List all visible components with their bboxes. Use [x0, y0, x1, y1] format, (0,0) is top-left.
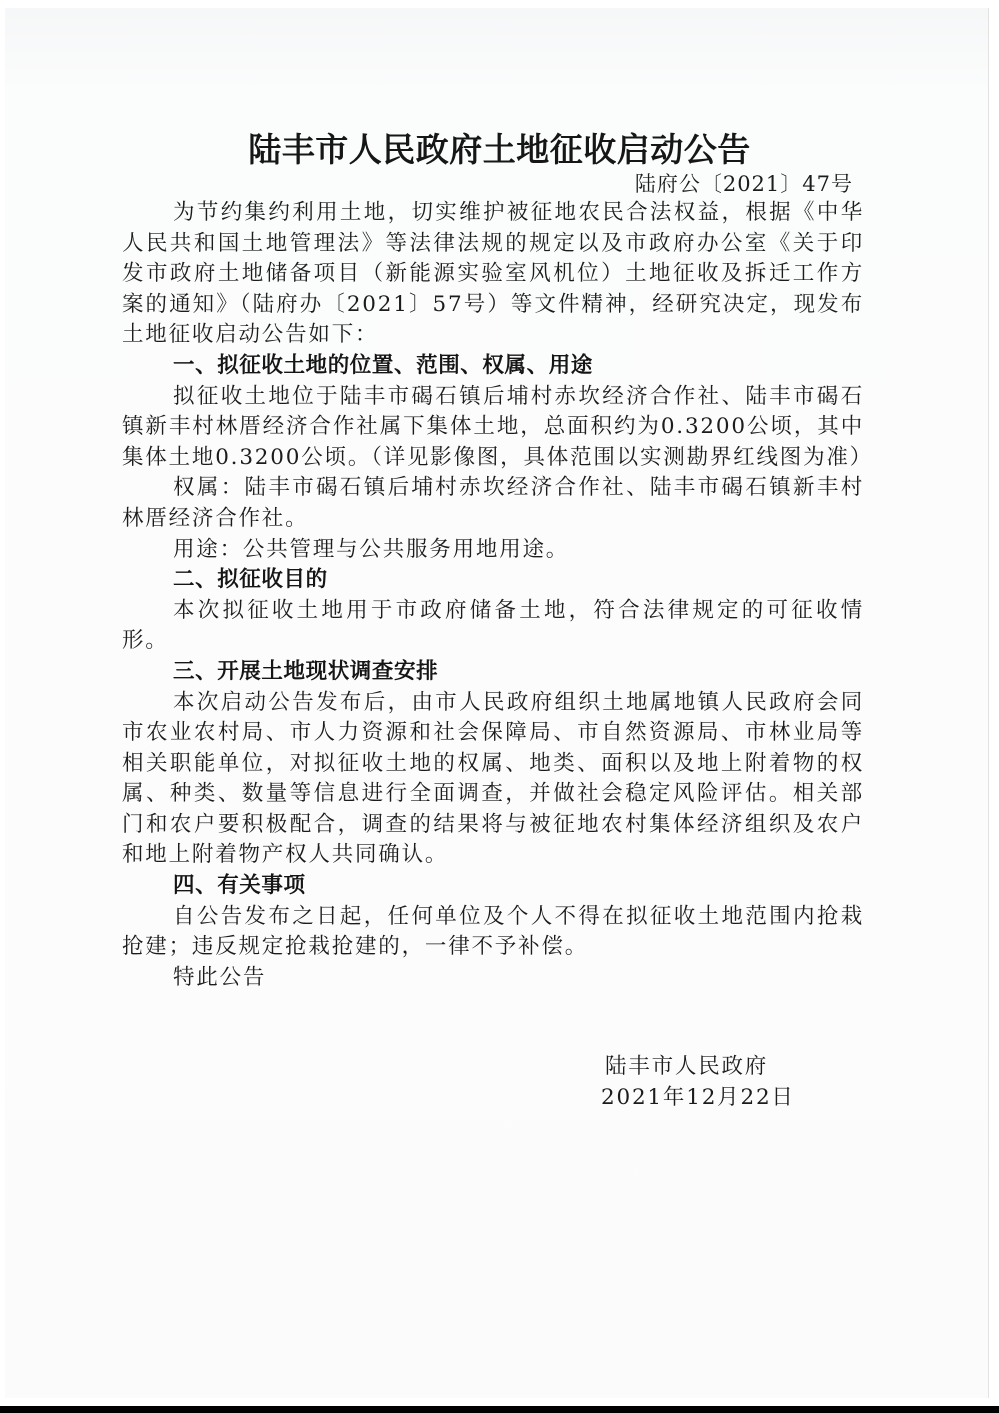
issuer-name: 陆丰市人民政府: [605, 1052, 795, 1083]
section-1-paragraph-usage: 用途：公共管理与公共服务用地用途。: [122, 535, 864, 566]
section-heading-4: 四、有关事项: [122, 871, 864, 902]
closing-remark: 特此公告: [122, 963, 864, 994]
section-3-paragraph: 本次启动公告发布后，由市人民政府组织土地属地镇人民政府会同市农业农村局、市人力资…: [122, 688, 864, 872]
section-1-paragraph-ownership: 权属：陆丰市碣石镇后埔村赤坎经济合作社、陆丰市碣石镇新丰村林厝经济合作社。: [122, 473, 864, 534]
section-heading-2: 二、拟征收目的: [122, 565, 864, 596]
signature-block: 陆丰市人民政府 2021年12月22日: [605, 1052, 795, 1113]
section-2-paragraph: 本次拟征收土地用于市政府储备土地，符合法律规定的可征收情形。: [122, 596, 864, 657]
scan-bottom-edge: [0, 1406, 999, 1413]
section-4-paragraph: 自公告发布之日起，任何单位及个人不得在拟征收土地范围内抢栽抢建；违反规定抢栽抢建…: [122, 902, 864, 963]
document-number: 陆府公〔2021〕47号: [635, 168, 853, 198]
section-1-paragraph-location: 拟征收土地位于陆丰市碣石镇后埔村赤坎经济合作社、陆丰市碣石镇新丰村林厝经济合作社…: [122, 382, 864, 474]
intro-paragraph: 为节约集约利用土地，切实维护被征地农民合法权益，根据《中华人民共和国土地管理法》…: [122, 198, 864, 351]
issue-date: 2021年12月22日: [601, 1083, 795, 1114]
document-title: 陆丰市人民政府土地征收启动公告: [0, 124, 999, 171]
section-heading-3: 三、开展土地现状调查安排: [122, 657, 864, 688]
document-body: 为节约集约利用土地，切实维护被征地农民合法权益，根据《中华人民共和国土地管理法》…: [122, 198, 864, 993]
section-heading-1: 一、拟征收土地的位置、范围、权属、用途: [122, 351, 864, 382]
